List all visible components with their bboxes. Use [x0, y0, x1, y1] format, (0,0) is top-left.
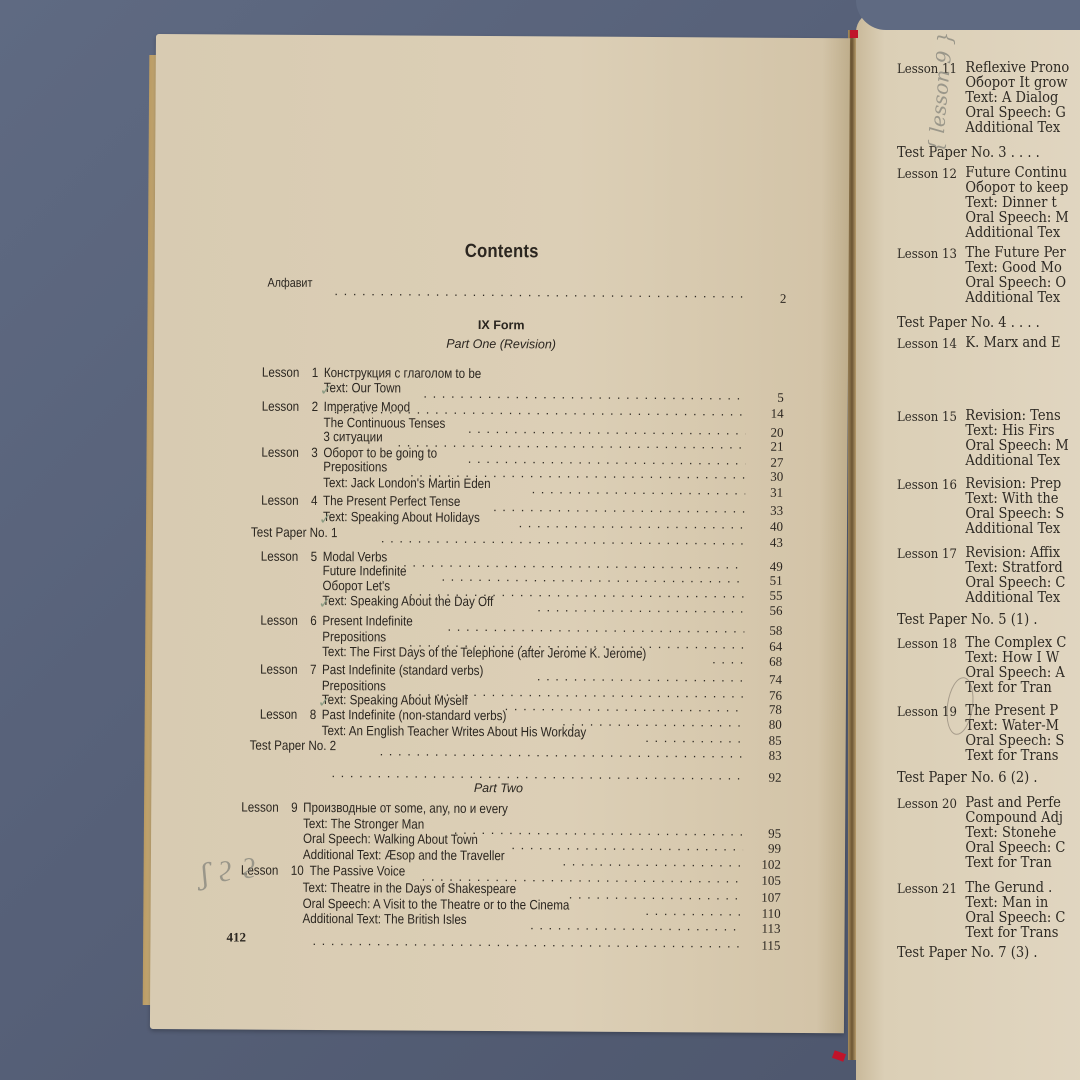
page-number: 5: [748, 390, 784, 406]
page-number: 113: [744, 921, 780, 937]
leader-dots: ........................................…: [532, 481, 746, 498]
test-paper-label: Test Paper No. 5 (1) .: [897, 612, 1038, 628]
page-number: 107: [745, 890, 781, 906]
part-two-entries: Lesson9Производные от some, any, no и ev…: [156, 34, 850, 38]
leader-dots: ........................................…: [537, 599, 744, 616]
lesson-label: Lesson 15: [897, 410, 957, 426]
leader-dots: ........................................…: [397, 434, 745, 452]
lesson-label: Lesson 18: [897, 637, 957, 653]
test-paper-label: Test Paper No. 6 (2) .: [897, 770, 1038, 786]
lesson-label: Lesson 20: [897, 797, 957, 813]
test-paper-label: Test Paper No. 4 . . . .: [897, 315, 1040, 331]
lesson-label: Lesson 21: [897, 882, 957, 898]
page-number: 31: [747, 485, 783, 501]
right-page-top-shadow: [856, 0, 1080, 30]
page-number: 30: [747, 469, 783, 485]
entry-title: Past Indefinite (non-standard verbs): [322, 707, 507, 724]
spine-headband-top: [850, 30, 858, 38]
entry-title: 3 ситуации: [323, 429, 382, 445]
leader-dots: ........................................…: [519, 515, 745, 532]
entry-line: Additional Tex: [965, 590, 1060, 606]
test-paper-label: Test Paper No. 1: [251, 525, 338, 542]
entry-line: Text: His Firs: [965, 423, 1054, 439]
entry-title: Text: Speaking About Holidays: [323, 509, 480, 526]
page-number: 68: [746, 654, 782, 670]
leader-dots: ........................................…: [381, 530, 745, 548]
entry-title: The Passive Voice: [310, 863, 406, 880]
lesson-number: 4: [311, 493, 318, 509]
entry-line: Oral Speech: M: [965, 210, 1068, 226]
page-number: 110: [745, 906, 781, 922]
entry-line: Revision: Affix: [965, 545, 1060, 561]
entry-line: Revision: Tens: [965, 408, 1060, 424]
entry-line: Oral Speech: O: [965, 275, 1066, 291]
lesson-label: Lesson 14: [897, 337, 957, 353]
entry-line: Text: Good Mo: [965, 260, 1061, 276]
entry-line: Revision: Prep: [965, 476, 1061, 492]
lesson-number: 1: [312, 365, 319, 381]
page-number: 64: [746, 639, 782, 655]
lesson-number: 5: [311, 549, 318, 565]
leader-dots: ........................................…: [423, 386, 745, 404]
entry-title: Prepositions: [322, 629, 386, 645]
entry-title: Text: The First Days of the Telephone (a…: [322, 644, 646, 662]
page-number: 85: [746, 733, 782, 749]
page-number: 83: [746, 748, 782, 764]
lesson-label: Lesson: [262, 365, 300, 381]
entry-line: The Complex C: [965, 635, 1066, 651]
page-number: 99: [745, 841, 781, 857]
entry-line: Text: How I W: [965, 650, 1059, 666]
entry-title: Text: Theatre in the Days of Shakespeare: [303, 880, 517, 897]
page-number: 55: [747, 588, 783, 604]
page-number: 105: [745, 873, 781, 889]
page-title: Contents: [196, 239, 807, 265]
entry-line: Text: With the: [965, 491, 1058, 507]
test-paper-label: Test Paper No. 2: [250, 738, 337, 755]
page-number: 95: [745, 826, 781, 842]
leader-dots: ........................................…: [569, 887, 743, 904]
entry-line: Text for Tran: [965, 855, 1051, 871]
entry-line: Text: A Dialog: [965, 90, 1058, 106]
leader-dots: ........................................…: [493, 499, 745, 517]
test-paper-label: Test Paper No. 7 (3) .: [897, 945, 1038, 961]
entry-line: K. Marx and E: [965, 335, 1060, 351]
lesson-label: Lesson 12: [897, 167, 957, 183]
page-number: 14: [748, 406, 784, 422]
leader-dots: ........................................…: [380, 743, 744, 761]
entry-line: Future Continu: [965, 165, 1067, 181]
table-of-contents: Contents Алфавит .......................…: [150, 34, 850, 1033]
entry-title: The Present Perfect Tense: [323, 493, 460, 510]
entry-line: Text: Man in: [965, 895, 1048, 911]
entry-title: Text: Our Town: [324, 380, 401, 396]
page-number: 115: [744, 938, 780, 954]
entry-line: Оборот It grow: [965, 75, 1067, 91]
entry-title: Additional Text: The British Isles: [302, 911, 466, 928]
entry-line: Additional Tex: [965, 453, 1060, 469]
lesson-label: Lesson: [260, 662, 298, 678]
lesson-label: Lesson: [261, 445, 299, 461]
entry-line: Compound Adj: [965, 810, 1063, 826]
test-paper-label: Test Paper No. 3 . . . .: [897, 145, 1040, 161]
lesson-label: Lesson 16: [897, 478, 957, 494]
left-page: Contents Алфавит .......................…: [150, 34, 850, 1033]
page-number: 56: [746, 603, 782, 619]
lesson-number: 10: [291, 863, 304, 879]
leader-dots: ........................................…: [448, 619, 745, 637]
leader-dots: ........................................…: [511, 837, 743, 854]
entry-line: Reflexive Prono: [965, 60, 1069, 76]
entry-line: Oral Speech: C: [965, 840, 1065, 856]
entry-line: Text for Trans: [965, 925, 1058, 941]
entry-line: Оборот to keep: [965, 180, 1068, 196]
lesson-number: 6: [310, 613, 317, 629]
entry-label: Алфавит: [267, 275, 312, 291]
lesson-number: 3: [311, 445, 318, 461]
entry-title: Future Indefinite: [323, 563, 407, 580]
page-number: 43: [747, 535, 783, 551]
lesson-number: 9: [291, 800, 298, 816]
lesson-label: Lesson: [241, 800, 279, 816]
entry-line: Additional Tex: [965, 290, 1060, 306]
entry-title: Present Indefinite: [322, 613, 412, 630]
lesson-number: 8: [310, 707, 317, 723]
lesson-label: Lesson: [262, 399, 300, 415]
lesson-label: Lesson 13: [897, 247, 957, 263]
lesson-number: 2: [312, 399, 319, 415]
form-heading: IX Form: [154, 316, 848, 334]
leader-dots: ........................................…: [537, 668, 744, 685]
entry-line: The Future Per: [965, 245, 1065, 261]
entry-title: Text: Jack London's Martin Eden: [323, 475, 491, 492]
entry-line: Additional Tex: [965, 225, 1060, 241]
entry-line: Text for Tran: [965, 680, 1051, 696]
entry-line: Past and Perfe: [965, 795, 1060, 811]
page-number: 78: [746, 702, 782, 718]
pencil-checkmark-icon: ✓: [320, 381, 333, 399]
entry-line: Additional Tex: [965, 521, 1060, 537]
part-two-heading: Part Two: [151, 779, 845, 797]
lesson-number: 7: [310, 662, 317, 678]
page-number: 40: [747, 519, 783, 535]
entry-line: Oral Speech: M: [965, 438, 1068, 454]
entry-line: Text: Dinner t: [965, 195, 1056, 211]
page-number: 58: [746, 623, 782, 639]
leader-dots: ........................................…: [562, 853, 742, 870]
entry-line: Text: Stonehe: [965, 825, 1056, 841]
pencil-checkmark-icon: ✓: [318, 594, 331, 612]
entry-line: The Present P: [965, 703, 1058, 719]
page-number: 21: [747, 439, 783, 455]
entry-line: Oral Speech: A: [965, 665, 1064, 681]
entry-line: Oral Speech: S: [965, 733, 1064, 749]
entry-title: Prepositions: [323, 459, 387, 475]
entry-line: Oral Speech: C: [965, 910, 1065, 926]
part-one-entries: Lesson1Конструкция с глаголом to beText:…: [156, 34, 850, 38]
page-folio: 412: [226, 929, 246, 945]
page-number: 102: [745, 857, 781, 873]
entry-line: Oral Speech: G: [965, 105, 1065, 121]
entry-title: Oral Speech: Walking About Town: [303, 831, 478, 848]
lesson-label: Lesson: [260, 613, 298, 629]
page-number: 2: [750, 291, 786, 307]
entry-title: Оборот Let's: [323, 578, 391, 594]
entry-line: Additional Tex: [965, 120, 1060, 136]
lesson-label: Lesson: [260, 707, 298, 723]
entry-line: Oral Speech: S: [965, 506, 1064, 522]
leader-dots: ........................................…: [312, 933, 742, 952]
entry-title: Imperative Mood: [324, 399, 411, 416]
leader-dots: ........................................…: [562, 713, 744, 730]
lesson-label: Lesson: [261, 493, 299, 509]
leader-dots: ........................................…: [334, 283, 744, 302]
leader-dots: ........................................…: [712, 651, 744, 667]
pencil-scribble: ʃ ϩ ϩ: [199, 851, 259, 892]
entry-title: Text: Speaking About the Day Off: [322, 593, 493, 610]
book-spine: [848, 30, 856, 1060]
page-number: 80: [746, 717, 782, 733]
entry-line: Oral Speech: C: [965, 575, 1065, 591]
page-number: 33: [747, 503, 783, 519]
page-number: 51: [747, 573, 783, 589]
part-one-heading: Part One (Revision): [154, 335, 848, 353]
spine-headband-bottom: [832, 1050, 846, 1062]
leader-dots: ........................................…: [530, 917, 742, 934]
entry-line: Text: Stratford: [965, 560, 1062, 576]
entry-line: Text for Trans: [965, 748, 1058, 764]
lesson-label: Lesson 17: [897, 547, 957, 563]
entry-title: Additional Text: Æsop and the Traveller: [303, 847, 505, 864]
page-number: 74: [746, 672, 782, 688]
entry-title: Производные от some, any, no и every: [303, 800, 508, 817]
entry-title: Text: An English Teacher Writes About Hi…: [322, 723, 587, 741]
entry-title: Past Indefinite (standard verbs): [322, 662, 483, 679]
entry-line: The Gerund .: [965, 880, 1052, 896]
entry-line: Text: Water-M: [965, 718, 1059, 734]
lesson-label: Lesson: [261, 549, 299, 565]
